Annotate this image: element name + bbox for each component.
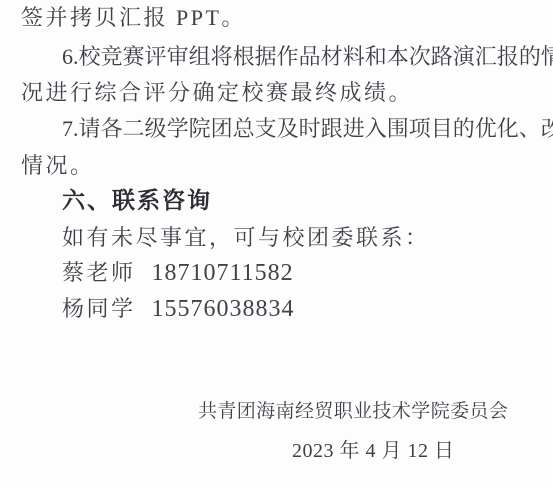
date-line: 2023 年 4 月 12 日 bbox=[292, 441, 455, 461]
contact-name: 蔡老师 bbox=[62, 260, 136, 285]
contact-intro-line: 如有未尽事宜，可与校团委联系： bbox=[62, 227, 430, 249]
contact-phone: 18710711582 bbox=[152, 260, 294, 286]
contact-name: 杨同学 bbox=[62, 296, 136, 321]
paragraph-line: 况进行综合评分确定校赛最终成绩。 bbox=[21, 82, 413, 104]
signature-line: 共青团海南经贸职业技术学院委员会 bbox=[198, 402, 508, 421]
paragraph-line: 6. 校竞赛评审组将根据作品材料和本次路演汇报的情 bbox=[62, 46, 548, 68]
section-heading: 六、联系咨询 bbox=[62, 189, 212, 212]
document-page: 签并拷贝汇报 PPT。 6. 校竞赛评审组将根据作品材料和本次路演汇报的情 况进… bbox=[0, 0, 553, 489]
contact-phone: 15576038834 bbox=[152, 296, 295, 322]
paragraph-line: 7. 请各二级学院团总支及时跟进入围项目的优化、改进 bbox=[62, 118, 548, 140]
contact-row: 蔡老师18710711582 bbox=[62, 261, 294, 285]
paragraph-line: 情况。 bbox=[21, 155, 95, 177]
contact-row: 杨同学15576038834 bbox=[62, 297, 295, 321]
paragraph-line: 签并拷贝汇报 PPT。 bbox=[21, 7, 246, 29]
